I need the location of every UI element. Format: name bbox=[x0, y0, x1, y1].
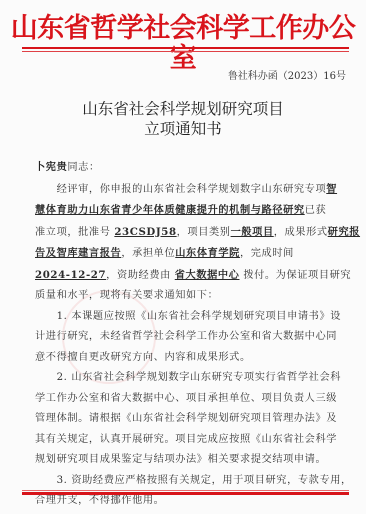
underlined-field: 23CSDJ58 bbox=[114, 226, 176, 238]
recipient-name: 卜宪贵 bbox=[35, 161, 67, 173]
text-run: ，承担单位 bbox=[121, 248, 175, 259]
underlined-field: 告及智库建言报告 bbox=[35, 247, 121, 259]
letter-body: 卜宪贵同志： 经评审，你申报的山东省社会科学规划数字山东研究专项智慧体育助力山东… bbox=[35, 157, 333, 512]
text-run: 已获 bbox=[305, 205, 327, 216]
letter-line: 质量和水平，现将有关要求通知如下： bbox=[35, 286, 333, 307]
footer-rule-thick bbox=[22, 492, 349, 495]
org-masthead: 山东省哲学社会科学工作办公室 bbox=[0, 14, 366, 74]
text-run: 管理体制。请根据《山东省社会科学规划研究项目管理办法》及 bbox=[35, 413, 337, 424]
letter-line: 学工作办公室和省大数据中心、项目承担单位、项目负责人三级 bbox=[35, 389, 333, 410]
letter-line: 计进行研究，未经省哲学社会科学工作办公室和省大数据中心同 bbox=[35, 327, 333, 348]
underlined-field: 山东体育学院 bbox=[175, 247, 240, 259]
text-run: 计进行研究，未经省哲学社会科学工作办公室和省大数据中心同 bbox=[35, 331, 337, 342]
text-run: 质量和水平，现将有关要求通知如下： bbox=[35, 290, 218, 301]
footer-rule-thin bbox=[22, 490, 349, 491]
underlined-field: 研究报 bbox=[328, 226, 360, 238]
text-run: 3. 资助经费应严格按照有关规定，用于项目研究，专款专用， bbox=[35, 475, 352, 486]
doc-title-line2: 立项通知书 bbox=[0, 119, 366, 139]
letter-line: 规划研究项目成果鉴定与结项办法》相关要求提交结项申请。 bbox=[35, 450, 333, 471]
letter-line: 管理体制。请根据《山东省社会科学规划研究项目管理办法》及 bbox=[35, 409, 333, 430]
text-run: 2. 山东省社会科学规划数字山东研究专项实行省哲学社会科 bbox=[35, 372, 341, 383]
underlined-field: 一般项目 bbox=[231, 226, 274, 238]
text-run: 拨付。为保证项目研究 bbox=[239, 270, 351, 281]
doc-title-line1: 山东省社会科学规划研究项目 bbox=[0, 99, 366, 119]
header-rule-thin bbox=[22, 51, 349, 52]
text-run: 1. 本课题应按照《山东省社会科学规划研究项目申请书》设 bbox=[35, 311, 341, 322]
underlined-field: 2024-12-27 bbox=[35, 269, 106, 281]
header-rule-thick bbox=[22, 47, 349, 49]
text-run: 合理开支，不得挪作他用。 bbox=[35, 495, 164, 506]
letter-line: 2. 山东省社会科学规划数字山东研究专项实行省哲学社会科 bbox=[35, 368, 333, 389]
text-run: ，资助经费由 bbox=[106, 270, 175, 281]
letter-line: 慧体育助力山东省青少年体质健康提升的机制与路径研究已获 bbox=[35, 200, 333, 222]
letter-line: 准立项，批准号 23CSDJ58，项目类别一般项目，成果形式研究报 bbox=[35, 222, 333, 244]
underlined-field: 省大数据中心 bbox=[175, 269, 240, 281]
text-run: 经评审，你申报的山东省社会科学规划数字山东研究专项 bbox=[35, 184, 326, 195]
letter-line: 经评审，你申报的山东省社会科学规划数字山东研究专项智 bbox=[35, 179, 333, 201]
text-run: 意不得擅自更改研究方向、内容和成果形式。 bbox=[35, 352, 251, 363]
text-run: ，项目类别 bbox=[177, 227, 231, 238]
text-run: 准立项，批准号 bbox=[35, 227, 114, 238]
text-run: ，成果形式 bbox=[274, 227, 328, 238]
letter-paragraphs: 经评审，你申报的山东省社会科学规划数字山东研究专项智慧体育助力山东省青少年体质健… bbox=[35, 179, 333, 512]
text-run: 学工作办公室和省大数据中心、项目承担单位、项目负责人三级 bbox=[35, 393, 337, 404]
letter-line: 2024-12-27，资助经费由 省大数据中心 拨付。为保证项目研究 bbox=[35, 265, 333, 287]
text-run: 规划研究项目成果鉴定与结项办法》相关要求提交结项申请。 bbox=[35, 454, 326, 465]
letter-line: 其有关规定，认真开展研究。项目完成应按照《山东省社会科学 bbox=[35, 430, 333, 451]
text-run: ，完成时间 bbox=[240, 248, 294, 259]
letter-line: 1. 本课题应按照《山东省社会科学规划研究项目申请书》设 bbox=[35, 307, 333, 328]
salutation: 卜宪贵同志： bbox=[35, 157, 333, 179]
letter-line: 3. 资助经费应严格按照有关规定，用于项目研究，专款专用， bbox=[35, 471, 333, 492]
document-number: 鲁社科办函（2023）16号 bbox=[228, 67, 346, 82]
letter-line: 意不得擅自更改研究方向、内容和成果形式。 bbox=[35, 348, 333, 369]
underlined-field: 智 bbox=[326, 183, 337, 195]
text-run: 其有关规定，认真开展研究。项目完成应按照《山东省社会科学 bbox=[35, 434, 337, 445]
underlined-field: 慧体育助力山东省青少年体质健康提升的机制与路径研究 bbox=[35, 204, 305, 216]
letter-line: 告及智库建言报告，承担单位山东体育学院，完成时间 bbox=[35, 243, 333, 265]
salutation-suffix: 同志： bbox=[67, 162, 99, 173]
